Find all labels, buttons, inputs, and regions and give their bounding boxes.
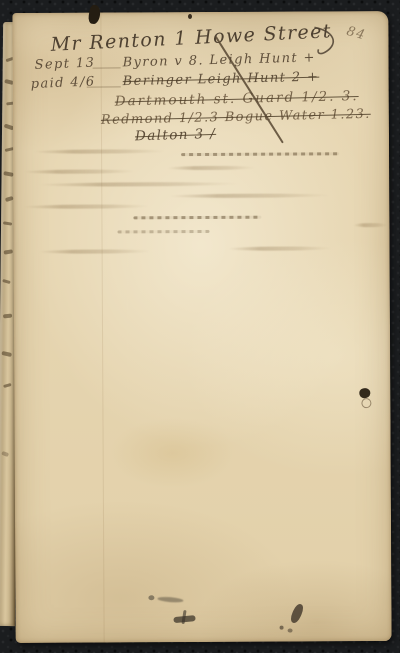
leader-line — [93, 67, 121, 68]
ghost-ink-streak — [23, 169, 135, 174]
ghost-ink-streak — [38, 182, 238, 187]
date-label: Sept 13 — [34, 56, 95, 73]
bleedthrough-ink-mark — [3, 314, 12, 319]
smudge-mark — [148, 595, 154, 600]
ledger-entry-struck: Redmond 1/2.3 Bogue Water 1.23. — [101, 107, 371, 128]
smudge-mark — [289, 603, 305, 625]
ghost-ink-streak — [117, 230, 209, 233]
smudge-speck — [288, 629, 293, 633]
ghost-ink-streak — [39, 249, 151, 254]
photograph-of-ledger-page: { "ledger": { "page_number": "84", "titl… — [0, 0, 400, 653]
paper-crease — [100, 13, 104, 643]
ghost-ink-streak — [133, 216, 261, 220]
ledger-entry-struck: Dalton 3 / — [135, 126, 217, 145]
ink-speck-top-edge — [188, 14, 192, 19]
ink-ring-mark — [361, 398, 371, 408]
ghost-ink-streak — [228, 246, 332, 251]
ledger-entry-struck: Dartmouth st. Guard 1/2. 3. — [115, 88, 359, 110]
ghost-ink-streak — [23, 204, 149, 209]
page-number: 84 — [345, 24, 368, 44]
bleedthrough-ink-mark — [1, 451, 9, 457]
smudge-mark — [157, 596, 183, 603]
paid-label: paid 4/6 — [30, 74, 95, 92]
manuscript-page: 84 Mr Renton 1 Howe Street Sept 13 Byron… — [12, 11, 391, 643]
ghost-ink-streak — [181, 152, 339, 156]
ledger-entry: Byron v 8. Leigh Hunt + — [122, 50, 316, 70]
ghost-ink-streak — [167, 166, 255, 170]
bleedthrough-ink-mark — [2, 279, 11, 284]
smudge-speck — [280, 626, 284, 630]
leader-line — [87, 86, 121, 87]
bleedthrough-ink-mark — [3, 221, 12, 225]
ghost-ink-streak — [168, 193, 330, 198]
bleedthrough-ink-mark — [3, 249, 13, 254]
bleedthrough-ink-mark — [1, 351, 12, 357]
ledger-entry-struck: Beringer Leigh Hunt 2 + — [123, 70, 320, 89]
bleedthrough-ink-mark — [3, 383, 12, 388]
ghost-ink-streak — [353, 223, 387, 227]
ghost-ink-streak — [33, 149, 165, 154]
